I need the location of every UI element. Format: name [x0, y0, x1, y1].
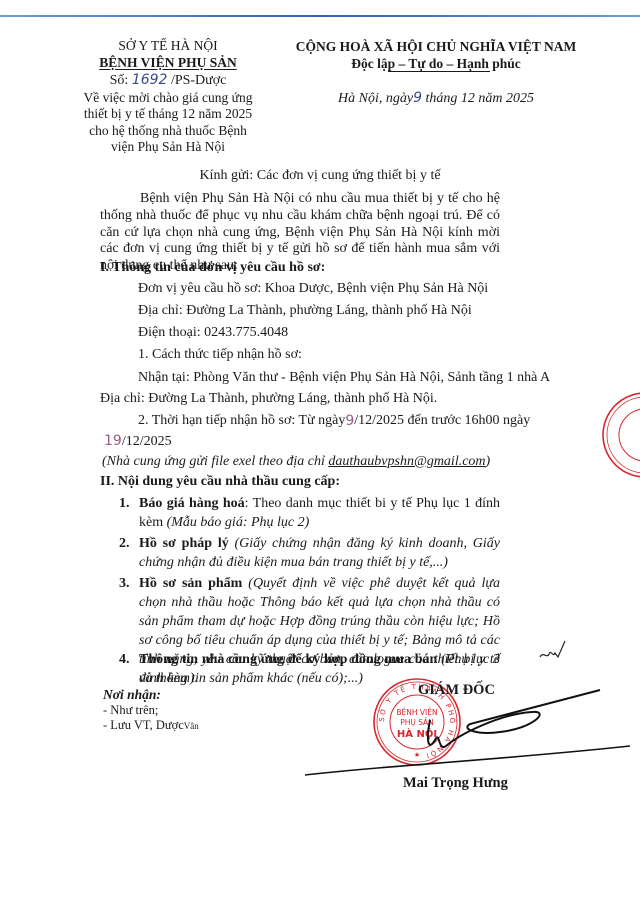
recipient-line: - Như trên; [103, 703, 199, 719]
document-date: Hà Nội, ngày9 tháng 12 năm 2025 [254, 90, 618, 107]
initials-mark-icon [538, 639, 568, 663]
section-2-title: II. Nội dung yêu cầu nhà thầu cung cấp: [100, 474, 340, 490]
email-link[interactable]: dauthaubvpshn@gmail.com [328, 454, 485, 469]
issuer-header: SỞ Y TẾ HÀ NỘI BỆNH VIỆN PHỤ SẢN Số: 169… [74, 38, 262, 156]
signature-icon [300, 680, 630, 790]
subject-line: Về việc mời chào giá cung ứng [74, 90, 262, 107]
handwritten-number: 1692 [132, 72, 168, 88]
subject-line: thiết bị y tế tháng 12 năm 2025 [74, 106, 262, 123]
email-note: (Nhà cung ứng gửi file exel theo địa chỉ… [102, 454, 490, 470]
nation-title: CỘNG HOÀ XÃ HỘI CHỦ NGHĨA VIỆT NAM [254, 38, 618, 55]
department-name: SỞ Y TẾ HÀ NỘI [74, 38, 262, 55]
page-seal-icon [600, 385, 640, 485]
subject-line: viện Phụ Sản Hà Nội [74, 139, 262, 156]
recipients-title: Nơi nhận: [103, 687, 199, 703]
unit-address: Địa chỉ: Đường La Thành, phường Láng, th… [138, 303, 472, 319]
unit-phone: Điện thoại: 0243.775.4048 [138, 325, 288, 341]
handwritten-from-day: 9 [345, 413, 354, 429]
greeting: Kính gửi: Các đơn vị cung ứng thiết bị y… [60, 168, 580, 184]
recipients-block: Nơi nhận: - Như trên; - Lưu VT, DượcVân [103, 687, 199, 735]
document-number: Số: 1692 /PS-Dược [74, 72, 262, 90]
recipient-line: - Lưu VT, DượcVân [103, 718, 199, 735]
handwritten-day: 9 [413, 90, 422, 106]
national-header: CỘNG HOÀ XÃ HỘI CHỦ NGHĨA VIỆT NAM Độc l… [254, 38, 618, 72]
signer-name: Mai Trọng Hưng [403, 775, 508, 792]
requirement-item: 2. Hồ sơ pháp lý (Giấy chứng nhận đăng k… [119, 534, 500, 572]
receive-method-heading: 1. Cách thức tiếp nhận hồ sơ: [138, 347, 302, 363]
section-1-title: I. Thông tin của đơn vị yêu cầu hồ sơ: [100, 260, 325, 276]
handwritten-to-day: 19 [104, 433, 122, 449]
hospital-name: BỆNH VIỆN PHỤ SẢN [74, 55, 262, 72]
receive-address: Địa chỉ: Đường La Thành, phường Láng, th… [100, 391, 437, 407]
scan-top-rule [0, 15, 640, 17]
deadline-line: 2. Thời hạn tiếp nhận hồ sơ: Từ ngày 9 /… [138, 413, 500, 429]
deadline-end: 19/12/2025 [104, 433, 172, 450]
motto: Độc lập – Tự do – Hạnh phúc [254, 55, 618, 72]
requesting-unit: Đơn vị yêu cầu hồ sơ: Khoa Dược, Bệnh vi… [138, 281, 488, 297]
requirement-item: 1. Báo giá hàng hoá: Theo danh mục thiết… [119, 494, 500, 532]
receive-location: Nhận tại: Phòng Văn thư - Bệnh viện Phụ … [138, 370, 550, 386]
subject-line: cho hệ thống nhà thuốc Bệnh [74, 123, 262, 140]
